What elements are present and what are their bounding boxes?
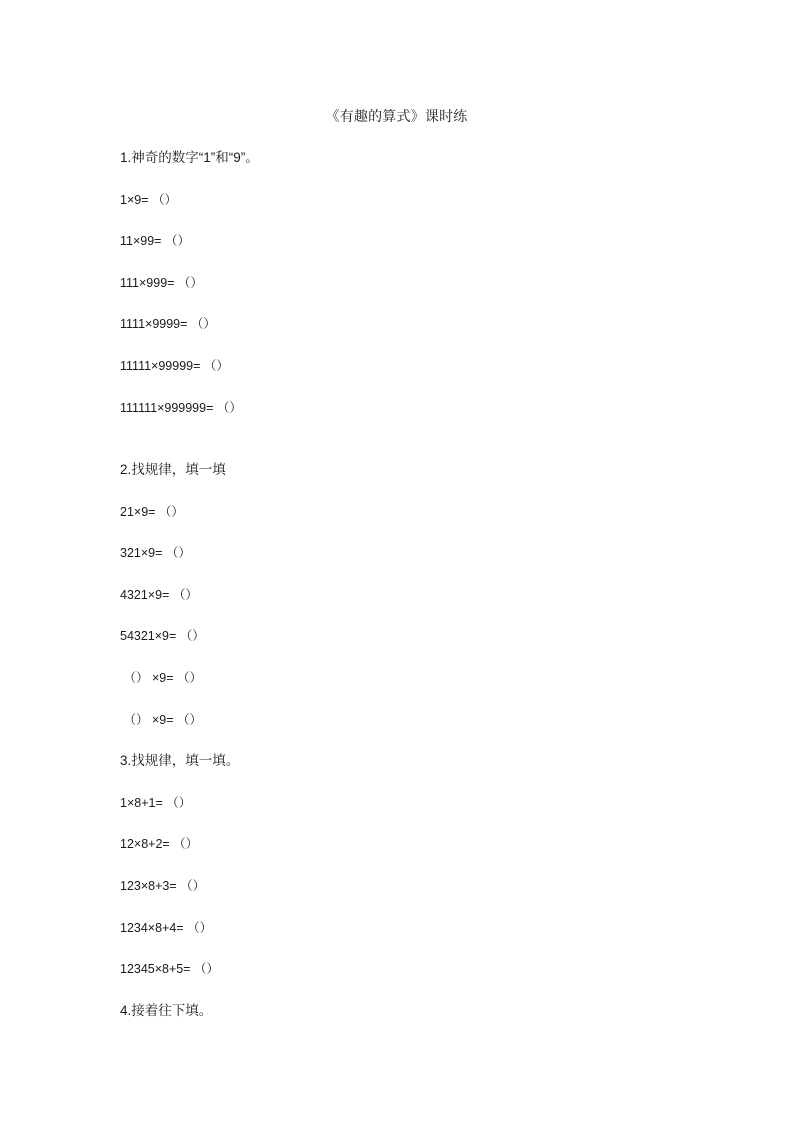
document-title: 《有趣的算式》课时练 xyxy=(0,107,793,125)
section-2-item: 54321×9= （） xyxy=(120,628,205,644)
section-3-item: 123×8+3= （） xyxy=(120,878,205,894)
section-1-item: 111111×999999= （） xyxy=(120,400,242,416)
section-2-heading: 2.找规律，填一填 xyxy=(120,461,226,479)
section-3-item: 1234×8+4= （） xyxy=(120,920,212,936)
section-1-item: 111×999= （） xyxy=(120,275,203,291)
section-4-heading: 4.接着往下填。 xyxy=(120,1002,212,1020)
section-1-item: 11×99= （） xyxy=(120,233,190,249)
section-2-item: （） ×9= （） xyxy=(120,670,202,686)
section-1-item: 11111×99999= （） xyxy=(120,358,229,374)
section-2-item: 321×9= （） xyxy=(120,545,191,561)
section-3-item: 12345×8+5= （） xyxy=(120,961,219,977)
section-2-item: 21×9= （） xyxy=(120,504,184,520)
section-1-heading: 1.神奇的数字“1”和“9”。 xyxy=(120,149,259,167)
section-1-item: 1111×9999= （） xyxy=(120,316,216,332)
document-page: 《有趣的算式》课时练 1.神奇的数字“1”和“9”。 1×9= （） 11×99… xyxy=(0,0,793,1122)
section-1-item: 1×9= （） xyxy=(120,192,177,208)
section-3-item: 1×8+1= （） xyxy=(120,795,191,811)
section-2-item: 4321×9= （） xyxy=(120,587,198,603)
section-2-item: （） ×9= （） xyxy=(120,712,202,728)
section-3-item: 12×8+2= （） xyxy=(120,836,198,852)
section-3-heading: 3.找规律，填一填。 xyxy=(120,752,239,770)
